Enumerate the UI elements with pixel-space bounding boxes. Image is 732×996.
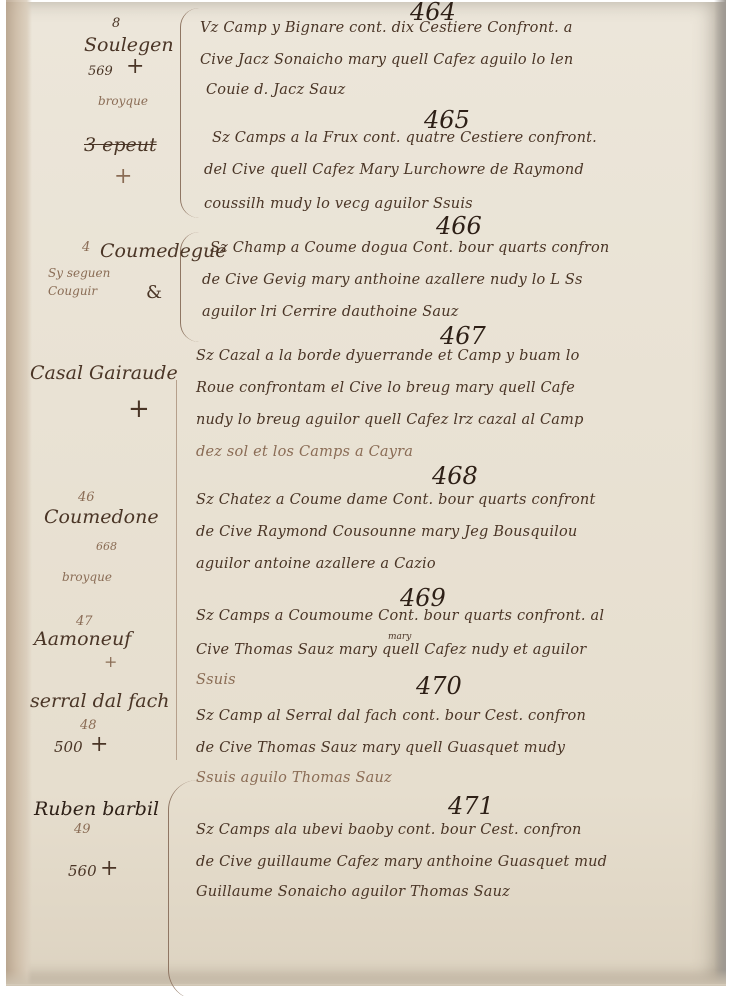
- entry-line: Sz Chatez a Coume dame Cont. bour quarts…: [196, 492, 596, 508]
- margin-place-name: Soulegen: [84, 34, 174, 56]
- interlinear-insertion: mary: [388, 632, 411, 642]
- cross-mark: +: [128, 394, 150, 424]
- entry-line: Vz Camp y Bignare cont. dix Cestiere Con…: [200, 20, 573, 36]
- margin-place-name: Aamoneuf: [34, 628, 131, 650]
- entry-line: Guillaume Sonaicho aguilor Thomas Sauz: [196, 884, 510, 900]
- entry-line: de Cive Gevig mary anthoine azallere nud…: [202, 272, 583, 288]
- entry-line: del Cive quell Cafez Mary Lurchowre de R…: [204, 162, 584, 178]
- margin-number: 49: [74, 822, 91, 837]
- entry-line: Ssuis: [196, 672, 236, 688]
- entry-line: dez sol et los Camps a Cayra: [196, 444, 413, 460]
- entry-brace: [180, 8, 199, 218]
- margin-note: Sy seguen Couguir: [48, 264, 110, 300]
- margin-note: broyque: [62, 570, 112, 584]
- entry-number: 467: [440, 322, 486, 350]
- entry-line: Ssuis aguilo Thomas Sauz: [196, 770, 392, 786]
- entry-line: Sz Camps ala ubevi baoby cont. bour Cest…: [196, 822, 582, 838]
- entry-line: Sz Camps a la Frux cont. quatre Cestiere…: [212, 130, 597, 146]
- entry-line: Cive Thomas Sauz mary quell Cafez nudy e…: [196, 642, 586, 658]
- margin-area: 500: [54, 738, 83, 756]
- entry-line: aguilor lri Cerrire dauthoine Sauz: [202, 304, 459, 320]
- margin-number: 46: [78, 490, 95, 505]
- entry-line: Sz Camp al Serral dal fach cont. bour Ce…: [196, 708, 586, 724]
- entry-line: Sz Champ a Coume dogua Cont. bour quarts…: [210, 240, 609, 256]
- page-bottom-edge: [6, 970, 726, 986]
- margin-number: 4: [82, 240, 90, 255]
- margin-place-name: Coumedone: [44, 506, 159, 528]
- cross-mark: +: [90, 732, 108, 757]
- cross-mark: +: [100, 856, 118, 881]
- entry-line: de Cive guillaume Cafez mary anthoine Gu…: [196, 854, 607, 870]
- margin-place-name-struck: 3 epeut: [84, 134, 157, 156]
- margin-note: broyque: [98, 94, 148, 108]
- entry-line: Cive Jacz Sonaicho mary quell Cafez agui…: [200, 52, 573, 68]
- entry-line: Couie d. Jacz Sauz: [206, 82, 345, 98]
- entry-line: Sz Cazal a la borde dyuerrande et Camp y…: [196, 348, 580, 364]
- entry-number: 466: [436, 212, 482, 240]
- margin-place-name: Ruben barbil: [34, 798, 159, 820]
- margin-area: 560: [68, 862, 97, 880]
- margin-place-name: Casal Gairaude: [30, 362, 178, 384]
- binding-stain: [6, 0, 32, 984]
- entry-number: 468: [432, 462, 478, 490]
- entry-line: aguilor antoine azallere a Cazio: [196, 556, 436, 572]
- margin-number: 48: [80, 718, 97, 733]
- margin-place-name: Coumedegue: [100, 240, 227, 262]
- entry-line: coussilh mudy lo vecg aguilor Ssuis: [204, 196, 473, 212]
- entry-line: de Cive Thomas Sauz mary quell Guasquet …: [196, 740, 565, 756]
- entry-line: de Cive Raymond Cousounne mary Jeg Bousq…: [196, 524, 577, 540]
- cross-mark: +: [104, 652, 117, 671]
- margin-place-name: serral dal fach: [30, 690, 169, 712]
- margin-number: 47: [76, 614, 93, 629]
- entry-number: 471: [448, 792, 494, 820]
- cross-mark: +: [114, 164, 132, 189]
- margin-area: 569: [88, 64, 113, 79]
- entry-line: Roue confrontam el Cive lo breug mary qu…: [196, 380, 575, 396]
- ampersand-mark: &: [146, 282, 162, 303]
- entry-number: 470: [416, 672, 462, 700]
- margin-area: 668: [96, 540, 117, 553]
- entry-line: nudy lo breug aguilor quell Cafez lrz ca…: [196, 412, 584, 428]
- margin-rule: [176, 380, 177, 760]
- margin-number: 8: [112, 16, 120, 31]
- page-edge-shadow: [714, 0, 726, 984]
- entry-line: Sz Camps a Coumoume Cont. bour quarts co…: [196, 608, 604, 624]
- cross-mark: +: [126, 54, 144, 79]
